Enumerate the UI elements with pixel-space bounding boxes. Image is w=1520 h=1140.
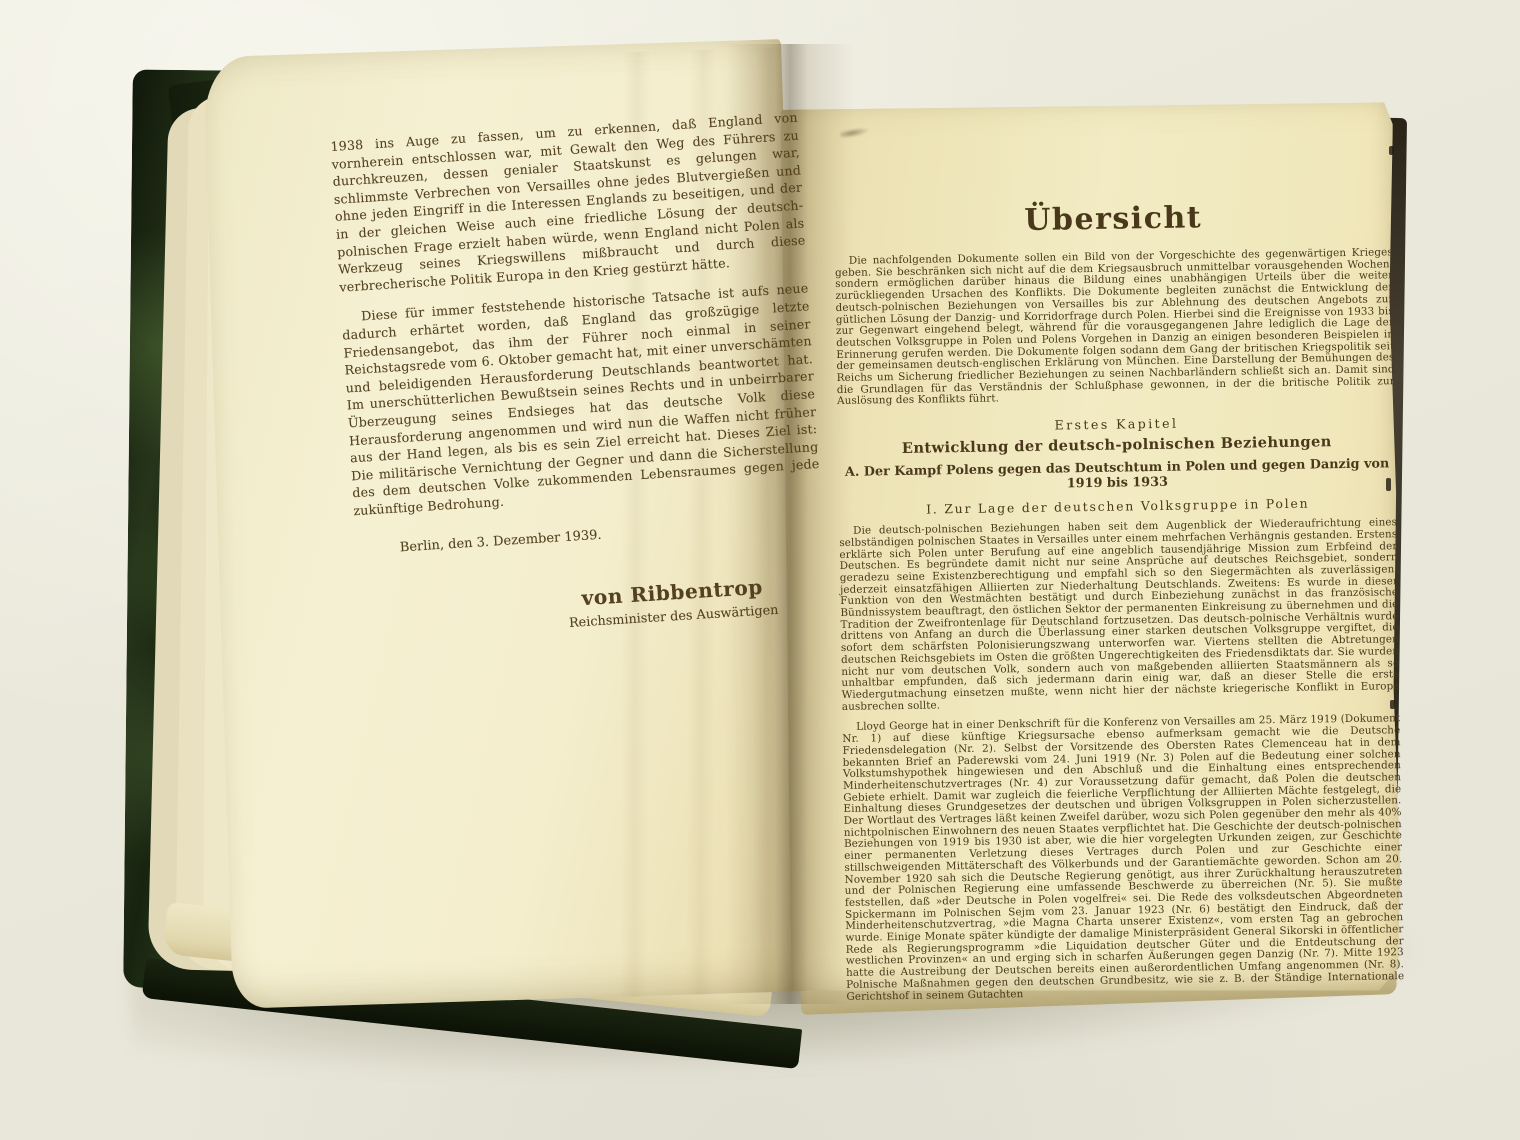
section-i-heading: I. Zur Lage der deutschen Volksgruppe in…	[839, 494, 1397, 518]
section-a-heading: A. Der Kampf Polens gegen das Deutschtum…	[838, 456, 1396, 495]
page-edge-speck	[1389, 146, 1394, 155]
left-paragraph-1: 1938 ins Auge zu fassen, um zu erkennen,…	[330, 109, 807, 296]
left-paragraph-2: Diese für immer feststehende historische…	[341, 280, 821, 520]
right-paragraph-2: Lloyd George hat in einer Denkschrift fü…	[842, 714, 1404, 1004]
chapter-title: Entwicklung der deutsch-polnischen Bezie…	[838, 432, 1396, 458]
overview-paragraph: Die nachfolgenden Dokumente sollen ein B…	[835, 247, 1395, 408]
book-photograph: 1938 ins Auge zu fassen, um zu erkennen,…	[0, 0, 1520, 1140]
chapter-heading: Erstes Kapitel	[837, 412, 1395, 436]
left-page-text-block: 1938 ins Auge zu fassen, um zu erkennen,…	[330, 109, 829, 645]
dateline: Berlin, den 3. Dezember 1939.	[356, 514, 824, 558]
page-title: Übersicht	[834, 197, 1392, 241]
right-paragraph-1: Die deutsch-polnischen Beziehungen haben…	[839, 517, 1400, 713]
right-page-text-block: Übersicht Die nachfolgenden Dokumente so…	[834, 197, 1404, 1003]
